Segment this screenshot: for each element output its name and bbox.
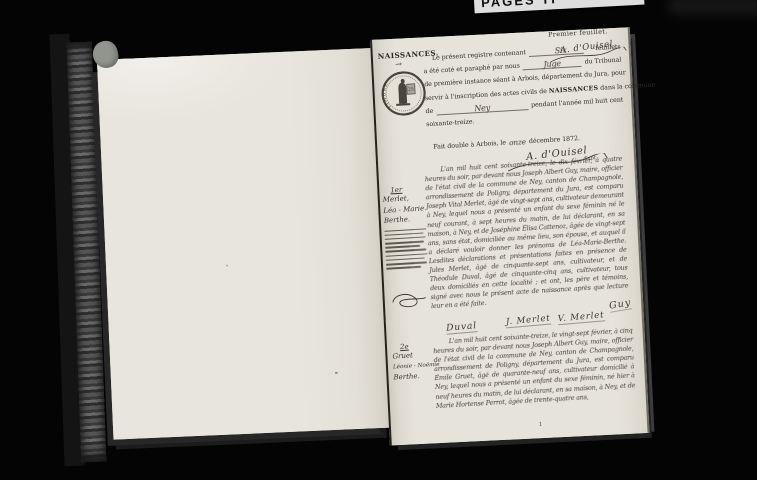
official-signature: Guy	[608, 297, 632, 312]
act1-marginal-annotation	[384, 228, 428, 270]
ink-speck	[226, 264, 228, 266]
annotation-scribble-line	[384, 228, 426, 232]
act1-body-text: L'an mil huit cent soixante-treize, le d…	[424, 155, 629, 312]
revenue-stamp-seal: 25 TIMBRE	[380, 69, 428, 118]
form-text: de	[425, 107, 433, 114]
act2-margin: 2e Gruet Léonie - Noémie Berthe.	[392, 341, 436, 383]
annotation-scribble-line	[386, 257, 425, 261]
father-signature: V. Merlet	[557, 310, 604, 325]
left-blank-page	[97, 48, 392, 440]
act1-margin-third-name: Berthe.	[384, 213, 426, 226]
form-blank-feuillets: Six	[529, 46, 584, 57]
annotation-scribble-line	[385, 249, 426, 253]
stamp-value: 25	[408, 86, 414, 92]
annotation-scribble-line	[386, 253, 428, 257]
act2-body-text: L'an mil huit cent soixante-treize, le v…	[433, 326, 636, 411]
archive-banner: PAGES TI	[474, 0, 645, 13]
register-title-form: Le présent registre contenant Six feuill…	[423, 44, 625, 135]
handwritten-commune: Ney	[474, 103, 490, 113]
form-text: feuillets	[586, 44, 620, 53]
annotation-scribble-line	[386, 266, 421, 270]
officer-paraph-flourish	[390, 290, 427, 310]
witness-signature: Duval	[446, 320, 478, 335]
page-number: 1	[539, 422, 543, 428]
handwritten-feuillet-count: Six	[555, 46, 567, 56]
right-page-content: Premier feuillet. A. d'Ouisel NAISSANCES…	[372, 26, 647, 447]
form-text-naissances: NAISSANCES	[549, 84, 599, 94]
handwritten-authority: Juge	[543, 59, 561, 69]
light-haze	[669, 0, 757, 14]
form-text: soixante-treize.	[426, 118, 475, 128]
right-register-page: Premier feuillet. A. d'Ouisel NAISSANCES…	[370, 27, 650, 445]
act1-margin: 1er Merlet, Léa - Marie Berthe.	[382, 184, 428, 272]
annotation-scribble-line	[385, 245, 420, 249]
paper-sheen	[97, 48, 381, 180]
witness-signature: J. Merlet	[506, 314, 551, 329]
act2-margin-third-name: Berthe.	[393, 370, 435, 383]
scanned-register-photo: PAGES TI Premier feuillet. A. d'Ouisel N…	[0, 0, 757, 480]
ink-speck	[335, 372, 338, 374]
form-text: du Tribunal	[585, 57, 622, 66]
annotation-scribble-line	[386, 261, 427, 265]
archive-banner-label: PAGES TI	[481, 0, 557, 10]
annotation-scribble-line	[385, 241, 424, 245]
annotation-scribble-line	[385, 232, 424, 236]
pointer-icon: →	[395, 60, 402, 69]
annotation-scribble-line	[385, 236, 426, 240]
